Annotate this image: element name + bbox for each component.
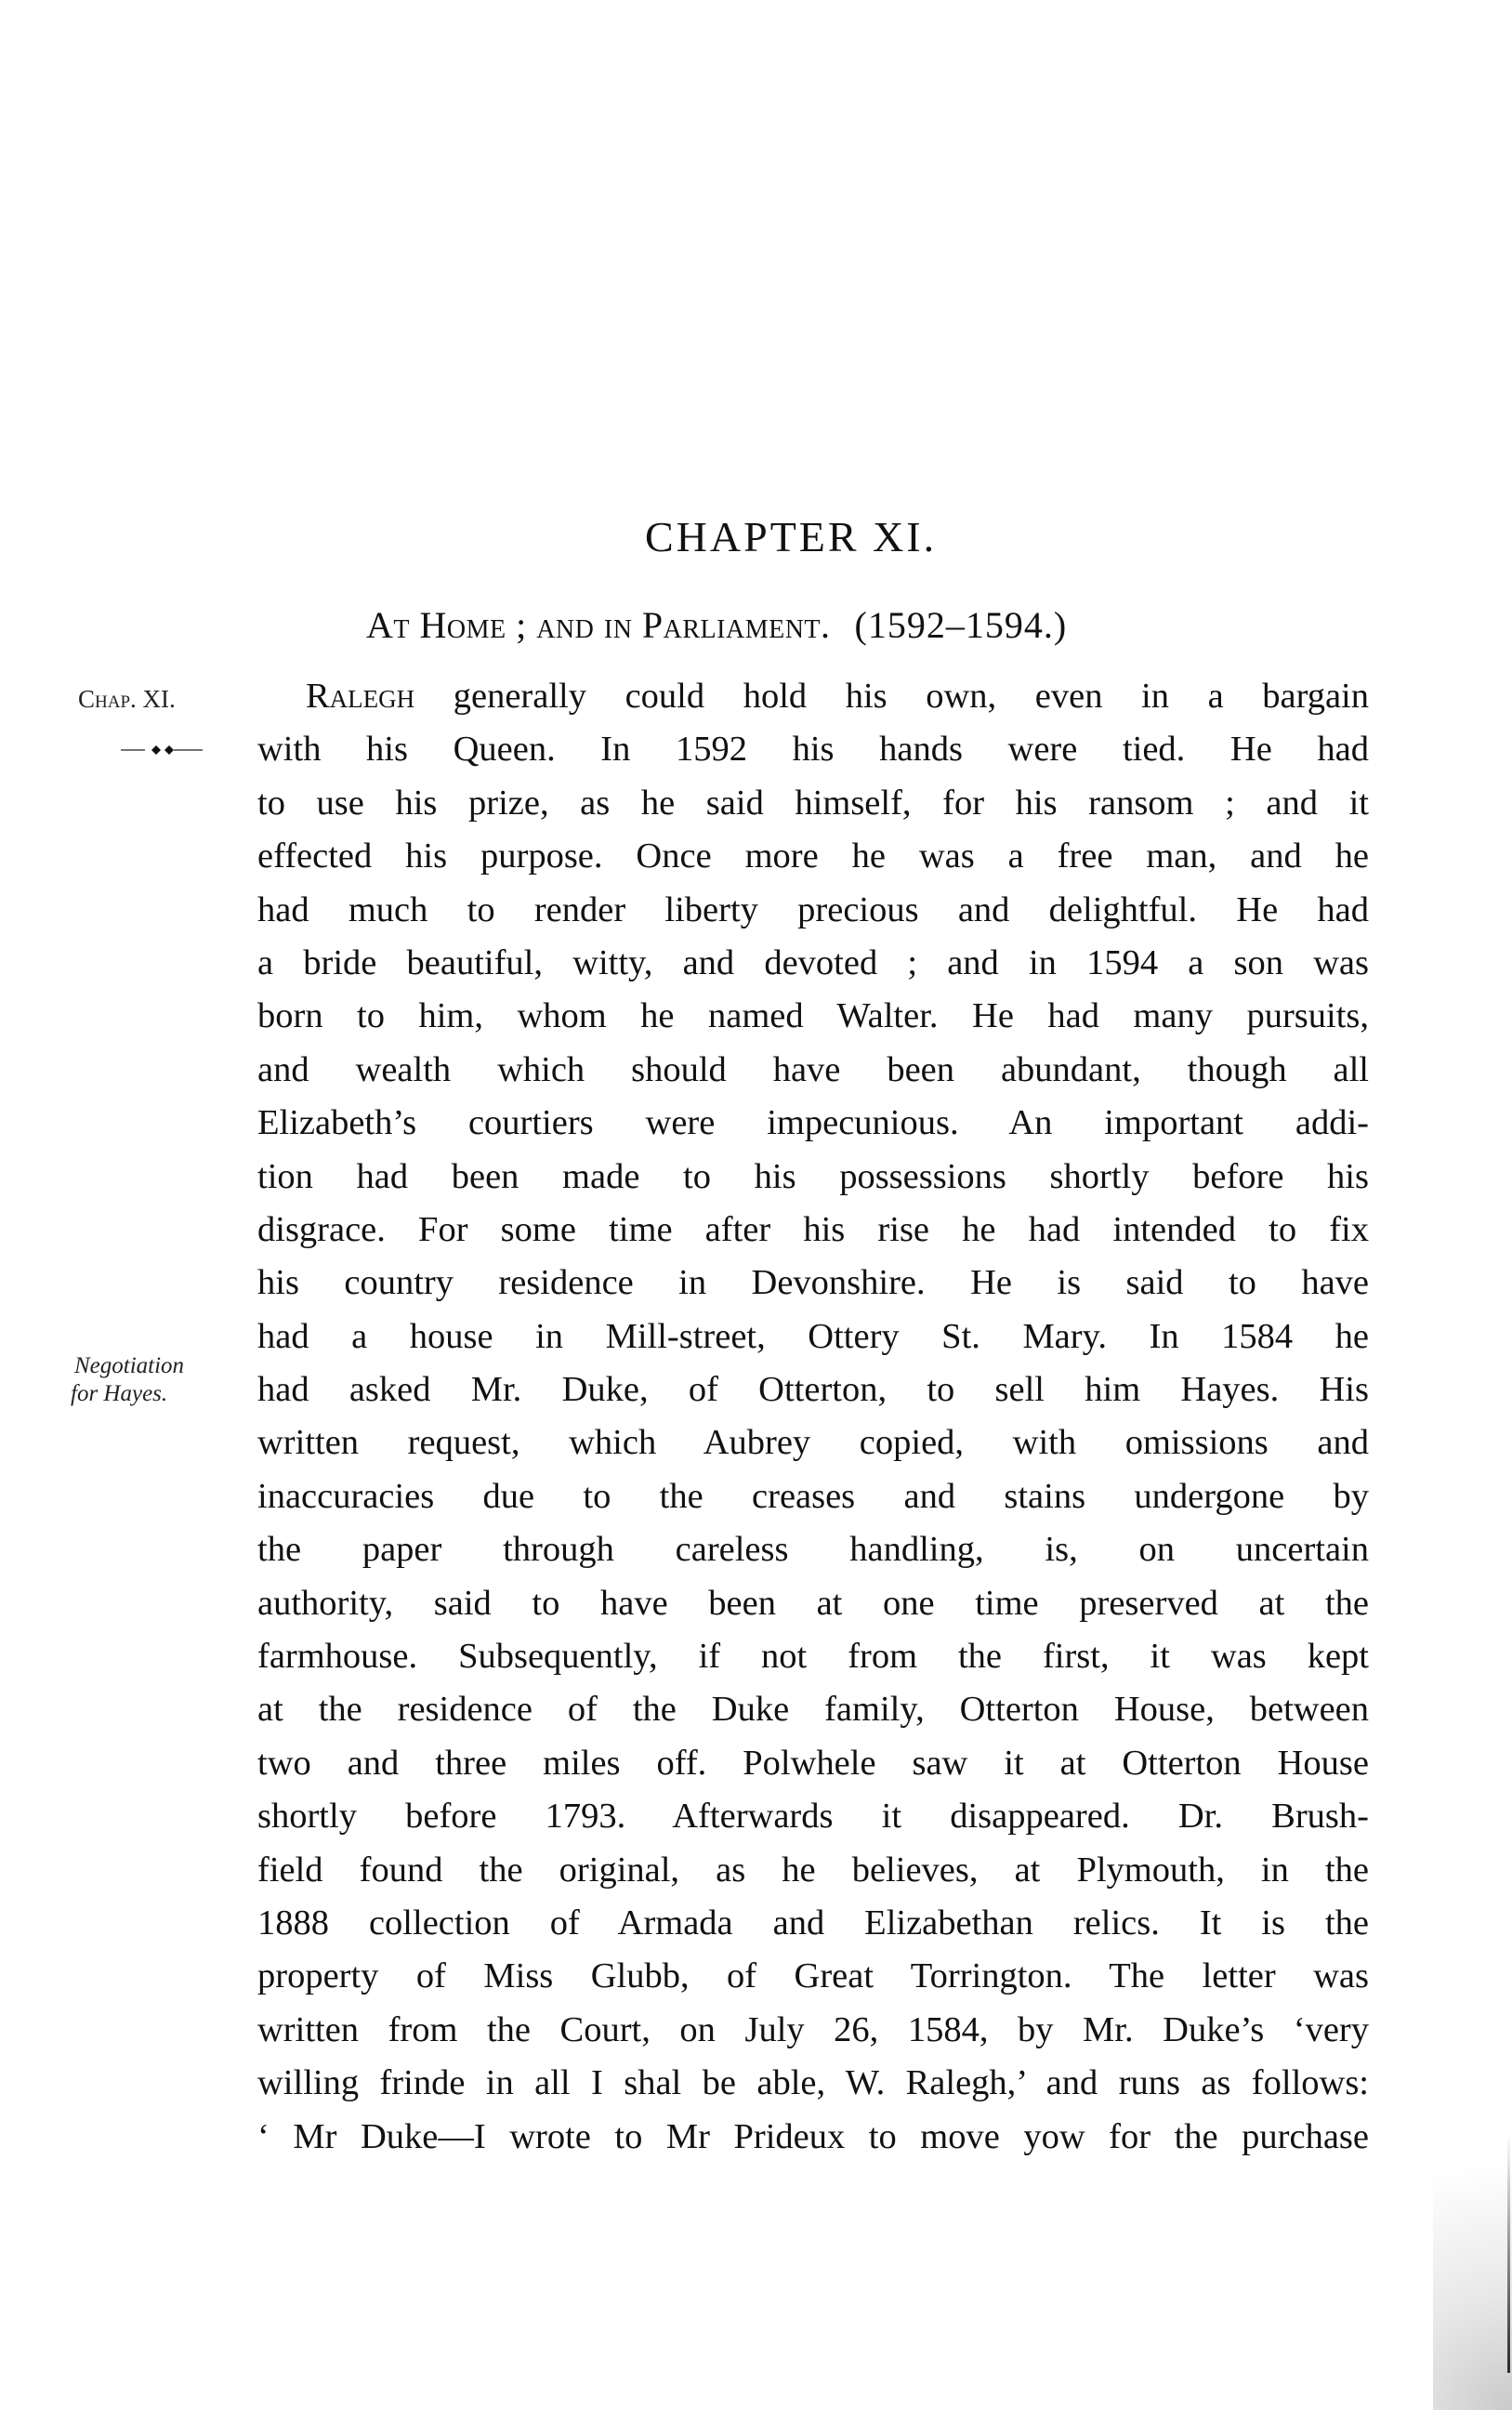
lead-word: Ralegh: [306, 677, 414, 716]
scan-artifact: [1433, 2001, 1512, 2410]
text-line: willing frinde in all I shal be able, W.…: [257, 2057, 1369, 2110]
body-paragraph: Ralegh generally could hold his own, eve…: [257, 670, 1369, 2164]
text-line: a bride beautiful, witty, and devoted ; …: [257, 937, 1369, 990]
text-line: field found the original, as he believes…: [257, 1844, 1369, 1897]
text-line: inaccuracies due to the creases and stai…: [257, 1470, 1369, 1523]
text-line: ‘ Mr Duke—I wrote to Mr Prideux to move …: [257, 2111, 1369, 2164]
text-line: shortly before 1793. Afterwards it disap…: [257, 1790, 1369, 1843]
margin-chapter-label: Chap. XI.: [78, 682, 236, 716]
margin-note-negotiation: Negotiation for Hayes.: [74, 1352, 237, 1408]
text-line: disgrace. For some time after his rise h…: [257, 1204, 1369, 1257]
text-line: his country residence in Devonshire. He …: [257, 1257, 1369, 1310]
ornament-divider-icon: [121, 744, 203, 757]
text-line: with his Queen. In 1592 his hands were t…: [257, 723, 1369, 776]
text-line: had asked Mr. Duke, of Otterton, to sell…: [257, 1363, 1369, 1416]
text-line: to use his prize, as he said himself, fo…: [257, 777, 1369, 830]
book-page: CHAPTER XI. At Home ; and in Parliament.…: [0, 0, 1512, 2410]
subtitle-text: At Home ; and in Parliament.: [366, 604, 831, 646]
text-line: at the residence of the Duke family, Ott…: [257, 1683, 1369, 1736]
text-line: authority, said to have been at one time…: [257, 1577, 1369, 1630]
margin-note-line-2: for Hayes.: [71, 1380, 237, 1408]
text-line: the paper through careless handling, is,…: [257, 1523, 1369, 1576]
text-line: had a house in Mill-street, Ottery St. M…: [257, 1310, 1369, 1363]
text-line: had much to render liberty precious and …: [257, 884, 1369, 937]
text-line: 1888 collection of Armada and Elizabetha…: [257, 1897, 1369, 1950]
margin-note-line-1: Negotiation: [74, 1352, 237, 1380]
text-line: written request, which Aubrey copied, wi…: [257, 1416, 1369, 1469]
text-line: effected his purpose. Once more he was a…: [257, 830, 1369, 883]
text-line: born to him, whom he named Walter. He ha…: [257, 990, 1369, 1043]
chapter-title: CHAPTER XI.: [0, 509, 1512, 565]
text-line: Elizabeth’s courtiers were impecunious. …: [257, 1097, 1369, 1150]
text-line: farmhouse. Subsequently, if not from the…: [257, 1630, 1369, 1683]
scan-edge-shadow: [1507, 2131, 1510, 2373]
text-line: two and three miles off. Polwhele saw it…: [257, 1737, 1369, 1790]
text-line: tion had been made to his possessions sh…: [257, 1151, 1369, 1204]
chapter-subtitle: At Home ; and in Parliament.(1592–1594.): [366, 602, 1067, 649]
text-line: written from the Court, on July 26, 1584…: [257, 2004, 1369, 2057]
text-line: Ralegh generally could hold his own, eve…: [257, 670, 1369, 723]
text-line: and wealth which should have been abunda…: [257, 1044, 1369, 1097]
text-line: property of Miss Glubb, of Great Torring…: [257, 1950, 1369, 2003]
subtitle-dates: (1592–1594.): [855, 604, 1068, 646]
